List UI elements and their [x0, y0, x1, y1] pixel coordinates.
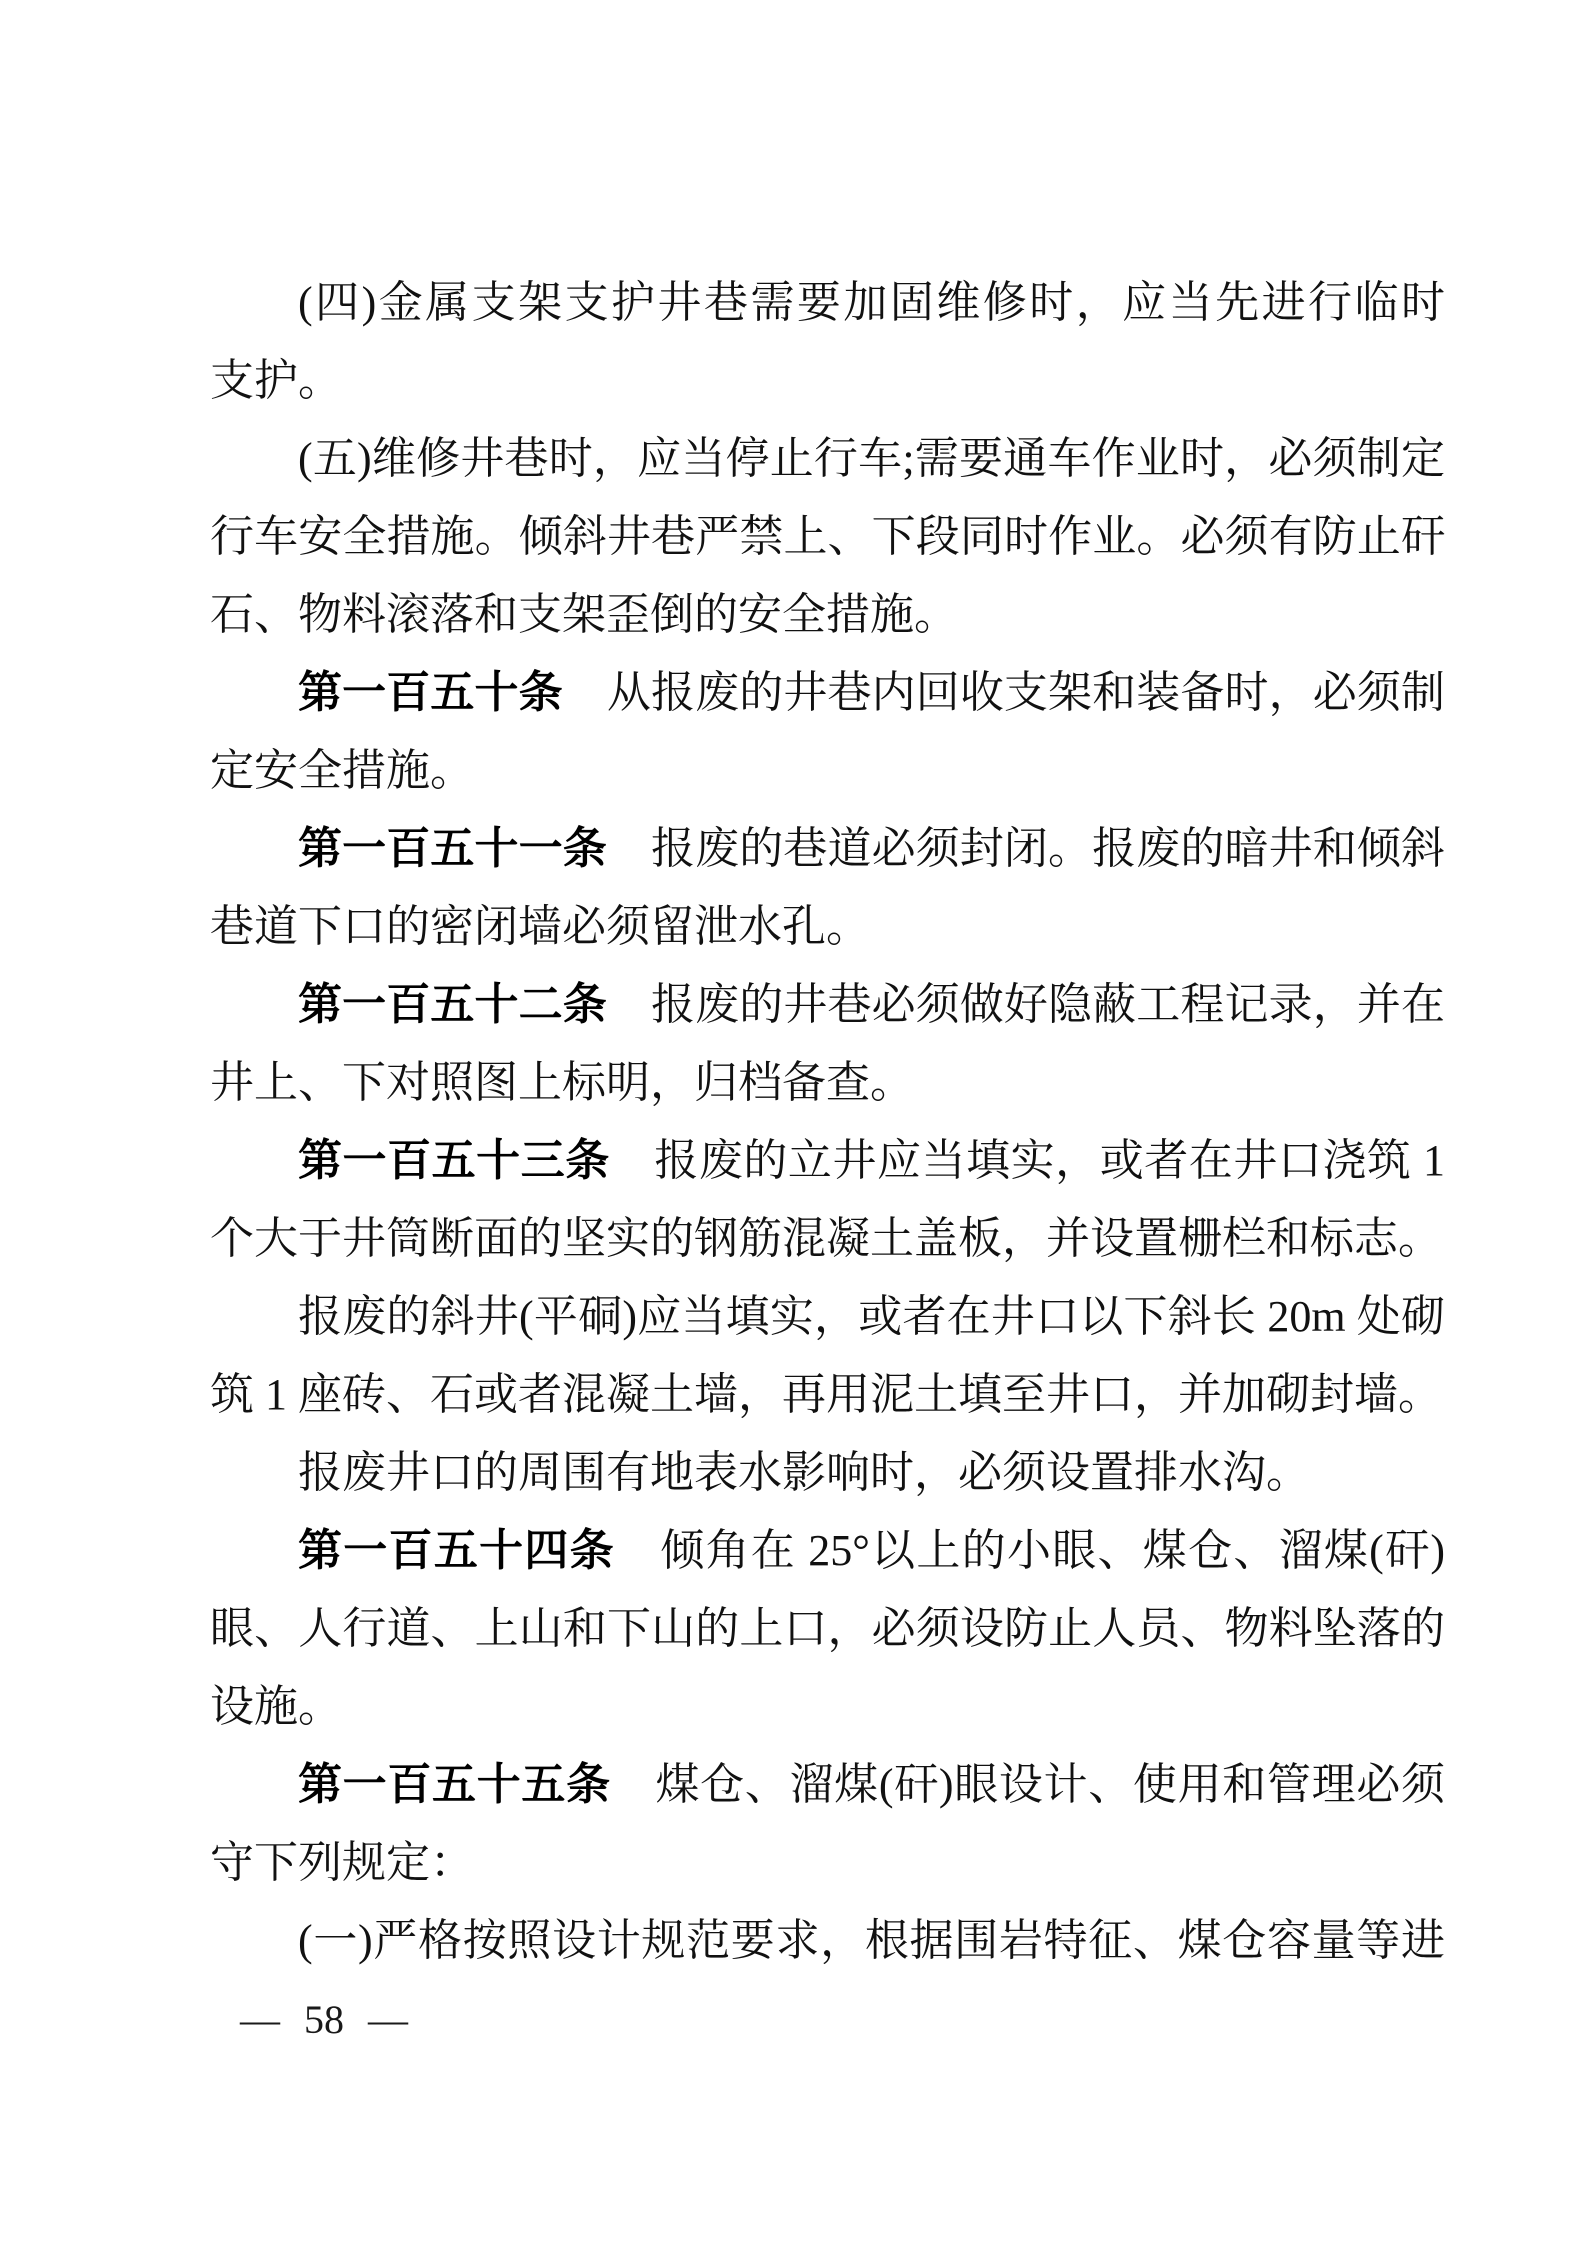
page-footer: — 58 — [240, 1996, 408, 2044]
text-run: 个大于井筒断面的坚实的钢筋混凝土盖板，并设置栅栏和标志。 [210, 1214, 1442, 1263]
article-number: 第一百五十五条 [298, 1760, 611, 1809]
article-number: 第一百五十二条 [298, 980, 607, 1029]
text-run: 设施。 [210, 1682, 342, 1731]
footer-dash-right: — [368, 1996, 408, 2044]
text-line: (一)严格按照设计规范要求，根据围岩特征、煤仓容量等进行 [210, 1902, 1445, 1980]
text-line: (五)维修井巷时，应当停止行车;需要通车作业时，必须制定 [210, 420, 1445, 498]
article-number: 第一百五十条 [298, 668, 563, 717]
document-page: (四)金属支架支护井巷需要加固维修时，应当先进行临时支护。(五)维修井巷时，应当… [0, 0, 1587, 2245]
text-run: 报废井口的周围有地表水影响时，必须设置排水沟。 [298, 1448, 1310, 1497]
article-number: 第一百五十一条 [298, 824, 607, 873]
article-number: 第一百五十四条 [298, 1526, 615, 1575]
text-line: 行车安全措施。倾斜井巷严禁上、下段同时作业。必须有防止矸 [210, 498, 1445, 576]
text-run: 井上、下对照图上标明，归档备查。 [210, 1058, 914, 1107]
text-run: 报废的斜井(平硐)应当填实，或者在井口以下斜长 20m 处砌 [298, 1292, 1445, 1341]
text-line: (四)金属支架支护井巷需要加固维修时，应当先进行临时 [210, 264, 1445, 342]
text-line: 报废的斜井(平硐)应当填实，或者在井口以下斜长 20m 处砌 [210, 1278, 1445, 1356]
text-run: 报废的巷道必须封闭。报废的暗井和倾斜 [607, 824, 1445, 873]
text-run: (四)金属支架支护井巷需要加固维修时，应当先进行临时 [298, 278, 1445, 327]
text-line: 井上、下对照图上标明，归档备查。 [210, 1044, 1445, 1122]
text-run: 石、物料滚落和支架歪倒的安全措施。 [210, 590, 958, 639]
text-run: 巷道下口的密闭墙必须留泄水孔。 [210, 902, 870, 951]
text-line: 第一百五十四条 倾角在 25°以上的小眼、煤仓、溜煤(矸) [210, 1512, 1445, 1590]
text-run: 倾角在 25°以上的小眼、煤仓、溜煤(矸) [615, 1526, 1445, 1575]
text-line: 报废井口的周围有地表水影响时，必须设置排水沟。 [210, 1434, 1445, 1512]
text-run: (五)维修井巷时，应当停止行车;需要通车作业时，必须制定 [298, 434, 1445, 483]
text-line: 个大于井筒断面的坚实的钢筋混凝土盖板，并设置栅栏和标志。 [210, 1200, 1445, 1278]
text-line: 第一百五十一条 报废的巷道必须封闭。报废的暗井和倾斜 [210, 810, 1445, 888]
text-line: 第一百五十二条 报废的井巷必须做好隐蔽工程记录，并在 [210, 966, 1445, 1044]
text-run: 报废的井巷必须做好隐蔽工程记录，并在 [607, 980, 1445, 1029]
text-line: 巷道下口的密闭墙必须留泄水孔。 [210, 888, 1445, 966]
text-run: (一)严格按照设计规范要求，根据围岩特征、煤仓容量等进行 [210, 1916, 1445, 1980]
text-line: 第一百五十条 从报废的井巷内回收支架和装备时，必须制 [210, 654, 1445, 732]
text-run: 筑 1 座砖、石或者混凝土墙，再用泥土填至井口，并加砌封墙。 [210, 1370, 1442, 1419]
text-run: 定安全措施。 [210, 746, 474, 795]
text-run: 行车安全措施。倾斜井巷严禁上、下段同时作业。必须有防止矸 [210, 512, 1445, 561]
text-line: 第一百五十三条 报废的立井应当填实，或者在井口浇筑 1 [210, 1122, 1445, 1200]
text-line: 眼、人行道、上山和下山的上口，必须设防止人员、物料坠落的 [210, 1590, 1445, 1668]
text-line: 支护。 [210, 342, 1445, 420]
text-run: 支护。 [210, 356, 342, 405]
text-line: 第一百五十五条 煤仓、溜煤(矸)眼设计、使用和管理必须遵 [210, 1746, 1445, 1824]
text-run: 从报废的井巷内回收支架和装备时，必须制 [563, 668, 1445, 717]
article-number: 第一百五十三条 [298, 1136, 610, 1185]
document-body: (四)金属支架支护井巷需要加固维修时，应当先进行临时支护。(五)维修井巷时，应当… [210, 264, 1445, 1980]
text-line: 设施。 [210, 1668, 1445, 1746]
footer-dash-left: — [240, 1996, 280, 2044]
text-run: 报废的立井应当填实，或者在井口浇筑 1 [610, 1136, 1445, 1185]
text-line: 筑 1 座砖、石或者混凝土墙，再用泥土填至井口，并加砌封墙。 [210, 1356, 1445, 1434]
text-run: 守下列规定： [210, 1838, 474, 1887]
page-number: 58 [304, 1996, 344, 2044]
text-line: 石、物料滚落和支架歪倒的安全措施。 [210, 576, 1445, 654]
text-line: 定安全措施。 [210, 732, 1445, 810]
text-line: 守下列规定： [210, 1824, 1445, 1902]
text-run: 眼、人行道、上山和下山的上口，必须设防止人员、物料坠落的 [210, 1604, 1445, 1653]
